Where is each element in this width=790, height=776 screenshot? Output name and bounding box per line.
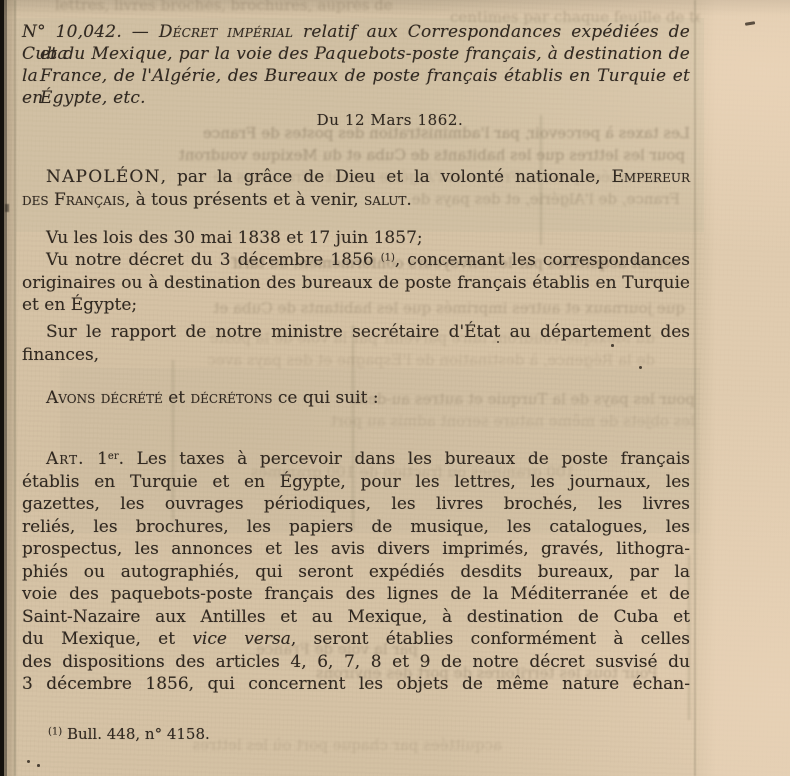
visa-decree-line-2: originaires ou à destination des bureaux… xyxy=(22,272,690,295)
article-1-line-8: Saint-Nazaire aux Antilles et au Mexique… xyxy=(22,606,690,629)
article-ordinal-superscript: er xyxy=(108,451,119,462)
decree-number: N° 10,042. — xyxy=(22,22,159,42)
bleedthrough-text: pour les lettres que les habitants de Cu… xyxy=(40,146,685,164)
article-1-line-4: reliés, les brochures, les papiers de mu… xyxy=(22,516,690,539)
article-1-line-2: établis en Turquie et en Égypte, pour le… xyxy=(22,471,690,494)
preamble-line-2: des Français, à tous présents et à venir… xyxy=(22,189,690,212)
article-1-line-9-a: du Mexique, et xyxy=(22,629,192,649)
des-francais-smallcaps: des Français xyxy=(22,190,125,210)
heading-line-1: N° 10,042. — Décret impérial relatif aux… xyxy=(22,21,690,43)
article-1-line-7: voie des paquebots-poste français des li… xyxy=(22,583,690,606)
article-label-smallcaps: Art. xyxy=(46,449,85,469)
edge-ink-mark xyxy=(5,204,9,212)
page-left-edge-shadow xyxy=(0,0,16,776)
article-1-line-9: du Mexique, et vice versa, seront établi… xyxy=(22,628,690,651)
article-1-line-6: phiés ou autographiés, qui seront expédi… xyxy=(22,561,690,584)
visa-laws-line: Vu les lois des 30 mai 1838 et 17 juin 1… xyxy=(22,227,690,250)
preamble-paragraph: NAPOLÉON, par la grâce de Dieu et la vol… xyxy=(22,166,690,211)
visa-decree-line-3: et en Égypte; xyxy=(22,294,690,317)
article-1-line-9-b: , seront établies conformément à celles xyxy=(291,629,690,649)
avons-decrete-smallcaps: Avons décrété xyxy=(46,388,163,408)
ink-speck xyxy=(639,366,642,369)
sovereign-name: NAPOLÉON xyxy=(46,167,161,187)
emperor-smallcaps: Empereur xyxy=(612,167,690,187)
report-paragraph: Sur le rapport de notre ministre secréta… xyxy=(22,321,690,366)
enacting-mid: et xyxy=(163,388,191,408)
visa-decree-text-b: , concernant les correspondances xyxy=(395,250,690,270)
footnote-text: Bull. 448, n° 4158. xyxy=(62,725,210,743)
article-1-line-3: gazettes, les ouvrages périodiques, les … xyxy=(22,493,690,516)
decree-title-smallcaps: Décret impérial xyxy=(159,22,293,42)
article-1-line-10: des dispositions des articles 4, 6, 7, 8… xyxy=(22,651,690,674)
right-fold-line xyxy=(694,0,696,776)
preamble-line-1-text: , par la grâce de Dieu et la volonté nat… xyxy=(161,167,612,187)
footnote-ref-superscript: (1) xyxy=(48,727,62,738)
article-number: 1 xyxy=(85,449,108,469)
preamble-line-2-text: , à tous présents et à venir, xyxy=(125,190,364,210)
report-line-2: finances, xyxy=(22,344,690,367)
visa-decree-text-a: Vu notre décret du 3 décembre 1856 xyxy=(46,250,381,270)
ink-speck xyxy=(27,760,30,763)
date-line: Du 12 Mars 1862. xyxy=(260,110,520,130)
enacting-formula: Avons décrété et décrétons ce qui suit : xyxy=(22,387,690,410)
preamble-line-1: NAPOLÉON, par la grâce de Dieu et la vol… xyxy=(22,166,690,189)
decretons-smallcaps: décrétons xyxy=(191,388,273,408)
vice-versa-italic: vice versa xyxy=(192,629,291,649)
scanned-document-page: lettres, livres brochés, brochures, aupr… xyxy=(0,0,790,776)
article-1-line-1: Art. 1er. Les taxes à percevoir dans les… xyxy=(22,448,690,471)
decree-heading: N° 10,042. — Décret impérial relatif aux… xyxy=(22,21,690,109)
heading-line-3: France, de l'Algérie, des Bureaux de pos… xyxy=(22,65,690,87)
ink-dash-mark xyxy=(745,21,755,25)
visa-decree-paragraph: Vu notre décret du 3 décembre 1856 (1), … xyxy=(22,249,690,317)
heading-line-4: Égypte, etc. xyxy=(22,87,690,109)
article-1-paragraph: Art. 1er. Les taxes à percevoir dans les… xyxy=(22,448,690,696)
bleedthrough-text: lettres, livres brochés, brochures, aupr… xyxy=(55,0,485,14)
article-1-line-11: 3 décembre 1856, qui concernent les obje… xyxy=(22,673,690,696)
footnote-reference-mark: (1) xyxy=(381,253,395,264)
bleedthrough-text: les objets de même nature seront admis a… xyxy=(265,412,695,430)
visa-decree-line-1: Vu notre décret du 3 décembre 1856 (1), … xyxy=(22,249,690,272)
enacting-rest: ce qui suit : xyxy=(272,388,378,408)
enacting-line: Avons décrété et décrétons ce qui suit : xyxy=(22,387,690,410)
salut-smallcaps: salut. xyxy=(364,190,412,210)
ink-speck xyxy=(37,764,40,767)
article-1-line-5: prospectus, les annonces et les avis div… xyxy=(22,538,690,561)
report-line-1: Sur le rapport de notre ministre secréta… xyxy=(22,321,690,344)
visa-laws-paragraph: Vu les lois des 30 mai 1838 et 17 juin 1… xyxy=(22,227,690,250)
article-1-line-1-text: . Les taxes à percevoir dans les bureaux… xyxy=(119,449,690,469)
heading-line-2: et du Mexique, par la voie des Paquebots… xyxy=(22,43,690,65)
footnote: (1) Bull. 448, n° 4158. xyxy=(48,724,448,744)
